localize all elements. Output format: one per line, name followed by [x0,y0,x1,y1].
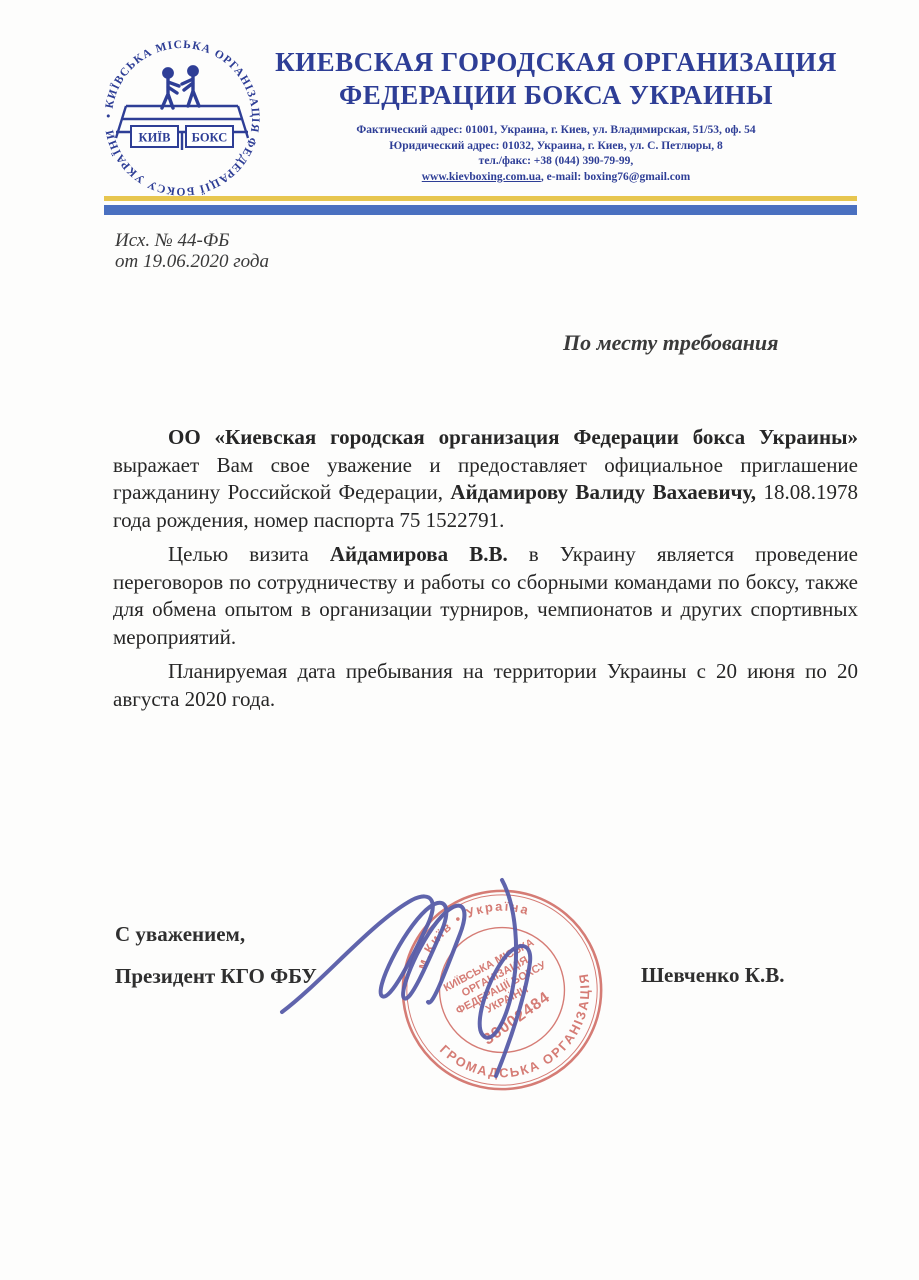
org-name-bold: ОО «Киевская городская организация Федер… [168,425,858,449]
signature-strokes [282,880,530,1076]
reference-block: Исх. № 44-ФБ от 19.06.2020 года [115,230,269,272]
logo-banner-right-text: БОКС [192,131,228,145]
visitor-name-bold: Айдамирова В.В. [330,542,508,566]
org-title-line2: ФЕДЕРАЦИИ БОКСА УКРАИНЫ [252,79,860,112]
letter-body: ОО «Киевская городская организация Федер… [113,424,858,720]
invitee-name-bold: Айдамирову Валиду Вахаевичу, [450,480,756,504]
flag-stripes [104,196,857,215]
paragraph-2: Целью визита Айдамирова В.В. в Украину я… [113,541,858,651]
letterhead: КИЕВСКАЯ ГОРОДСКАЯ ОРГАНИЗАЦИЯ ФЕДЕРАЦИИ… [252,46,860,185]
handwritten-signature [262,862,602,1102]
org-phone: тел./факс: +38 (044) 390-79-99, [252,154,860,170]
org-logo: • КИЇВСЬКА МІСЬКА ОРГАНІЗАЦІЯ ФЕДЕРАЦІЇ … [92,28,272,208]
flag-stripe-blue [104,205,857,215]
org-title-line1: КИЕВСКАЯ ГОРОДСКАЯ ОРГАНИЗАЦИЯ [252,46,860,79]
logo-banner-left-text: КИЇВ [139,131,171,145]
org-email: , e-mail: boxing76@gmail.com [541,171,690,183]
org-address-block: Фактический адрес: 01001, Украина, г. Ки… [252,123,860,185]
letter-page: • КИЇВСЬКА МІСЬКА ОРГАНІЗАЦІЯ ФЕДЕРАЦІЇ … [0,0,919,1280]
org-address-legal: Юридический адрес: 01032, Украина, г. Ки… [252,139,860,155]
boxers-icon [162,67,199,108]
outgoing-number: Исх. № 44-ФБ [115,230,269,251]
org-website-link: www.kievboxing.com.ua [422,171,541,183]
signer-name: Шевченко К.В. [641,963,785,988]
paragraph-1: ОО «Киевская городская организация Федер… [113,424,858,534]
org-address-actual: Фактический адрес: 01001, Украина, г. Ки… [252,123,860,139]
paragraph-3: Планируемая дата пребывания на территори… [113,658,858,713]
org-web-email: www.kievboxing.com.ua, e-mail: boxing76@… [252,170,860,186]
letter-date: от 19.06.2020 года [115,251,269,272]
addressee-line: По месту требования [563,330,779,356]
